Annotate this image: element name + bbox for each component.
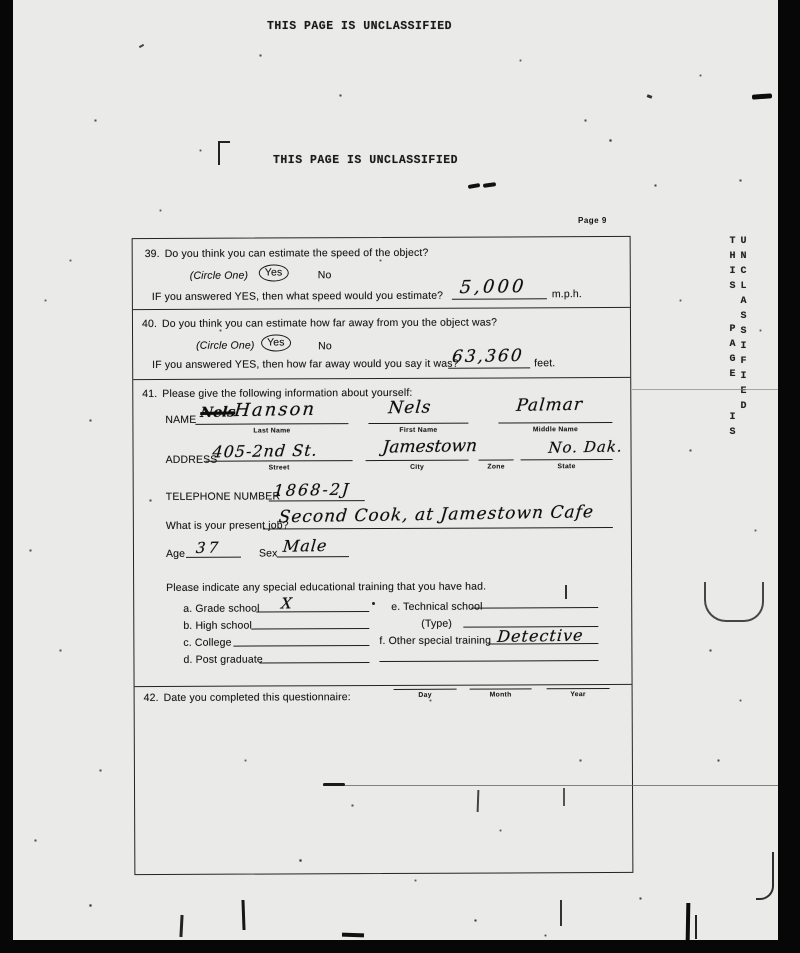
name-last-handwritten: Hanson xyxy=(233,399,317,421)
age-handwritten: 37 xyxy=(195,539,222,557)
edu-post-graduate-label: d. Post graduate xyxy=(183,654,263,666)
date-day-line xyxy=(394,689,457,690)
telephone-line xyxy=(269,500,365,501)
question-39-number: 39. xyxy=(145,248,160,260)
address-state-handwritten: No. Dak. xyxy=(548,437,624,456)
q40-answer-line xyxy=(448,367,530,368)
first-name-sublabel: First Name xyxy=(368,427,468,434)
job-line xyxy=(263,527,613,530)
scanned-questionnaire-page: THIS PAGE IS UNCLASSIFIED THIS PAGE IS U… xyxy=(0,0,800,953)
section-divider xyxy=(133,377,630,380)
edge-streak xyxy=(241,900,245,930)
name-last-line xyxy=(195,423,348,425)
edge-streak xyxy=(560,900,562,926)
ink-dash xyxy=(468,183,481,189)
address-street-handwritten: 405-2nd St. xyxy=(212,441,319,462)
classification-banner-top: THIS PAGE IS UNCLASSIFIED xyxy=(267,20,452,33)
scan-edge-left xyxy=(0,0,13,953)
questionnaire-form-box: 39. Do you think you can estimate the sp… xyxy=(132,236,634,875)
month-sublabel: Month xyxy=(470,691,532,698)
question-41-text: Please give the following information ab… xyxy=(162,387,412,400)
edu-post-graduate-line xyxy=(259,662,369,663)
section-divider xyxy=(133,307,630,310)
address-state-line xyxy=(521,459,613,460)
state-sublabel: State xyxy=(521,463,613,470)
section-divider xyxy=(135,684,632,687)
q40-yes-circled: Yes xyxy=(261,334,291,351)
ink-speck xyxy=(647,94,653,99)
question-41-number: 41. xyxy=(142,388,157,400)
telephone-label: TELEPHONE NUMBER xyxy=(166,490,280,502)
q40-no-option: No xyxy=(318,340,332,352)
question-39-text: Do you think you can estimate the speed … xyxy=(165,247,429,260)
question-42: 42. Date you completed this questionnair… xyxy=(133,237,630,239)
zone-sublabel: Zone xyxy=(479,463,514,470)
page-number-label: Page 9 xyxy=(578,216,607,225)
city-sublabel: City xyxy=(366,464,469,471)
question-39-followup: IF you answered YES, then what speed wou… xyxy=(152,290,443,303)
ink-tick xyxy=(565,585,567,599)
circle-one-label: (Circle One) xyxy=(190,270,248,282)
edge-streak xyxy=(342,933,364,938)
scan-edge-bottom xyxy=(0,940,800,953)
job-handwritten: Second Cook, at Jamestown Cafe xyxy=(278,502,595,527)
corner-bracket-mark xyxy=(218,141,230,165)
classification-banner-middle: THIS PAGE IS UNCLASSIFIED xyxy=(273,154,458,167)
education-prompt: Please indicate any special educational … xyxy=(166,581,486,594)
edu-grade-school-label: a. Grade school xyxy=(183,603,259,615)
sex-line xyxy=(277,556,349,557)
edu-technical-school-line xyxy=(471,607,598,609)
corner-curve-mark xyxy=(756,852,774,900)
edu-type-label: (Type) xyxy=(421,618,452,630)
name-label: NAME xyxy=(165,414,196,426)
last-name-sublabel: Last Name xyxy=(195,427,348,435)
question-41: 41. Please give the following informatio… xyxy=(133,237,630,239)
q40-handwritten-answer: 63,360 xyxy=(451,346,524,367)
question-42-number: 42. xyxy=(144,692,159,704)
ink-speck xyxy=(139,44,144,48)
age-label: Age xyxy=(166,548,185,560)
q39-yes-option: Yes xyxy=(259,264,289,281)
scan-edge-right xyxy=(778,0,800,953)
name-first-line xyxy=(368,423,468,424)
q40-yes-option: Yes xyxy=(261,334,291,351)
question-39: 39. Do you think you can estimate the sp… xyxy=(133,237,630,239)
staple-mark xyxy=(704,582,764,622)
edu-other-training-label: f. Other special training xyxy=(379,635,491,647)
question-40: 40. Do you think you can estimate how fa… xyxy=(133,237,630,239)
sex-handwritten: Male xyxy=(282,536,328,556)
ink-dash xyxy=(752,93,772,99)
address-city-line xyxy=(366,460,469,461)
name-middle-line xyxy=(498,422,612,423)
year-sublabel: Year xyxy=(547,691,610,698)
question-40-number: 40. xyxy=(142,318,157,330)
classification-banner-side: THIS PAGE IS UNCLASSIFIED xyxy=(727,236,745,586)
question-42-text: Date you completed this questionnaire: xyxy=(164,691,351,704)
edu-other-training-handwritten: Detective xyxy=(496,626,584,646)
edu-college-line xyxy=(233,645,369,647)
q40-unit-label: feet. xyxy=(534,357,555,369)
circle-one-label: (Circle One) xyxy=(196,340,254,352)
edu-college-label: c. College xyxy=(183,637,231,649)
date-month-line xyxy=(470,688,532,689)
scratch-blob xyxy=(323,783,345,786)
sex-label: Sex xyxy=(259,547,278,559)
ink-dash xyxy=(483,182,496,188)
q39-answer-line xyxy=(452,298,547,299)
q39-no-option: No xyxy=(318,269,332,281)
name-first-handwritten: Nels xyxy=(387,398,432,419)
day-sublabel: Day xyxy=(394,692,457,699)
ink-streak xyxy=(563,788,565,806)
q39-unit-label: m.p.h. xyxy=(552,288,582,300)
telephone-handwritten: 1868-2J xyxy=(273,480,351,500)
edu-high-school-label: b. High school xyxy=(183,620,252,632)
ink-dot xyxy=(372,602,375,605)
middle-name-sublabel: Middle Name xyxy=(498,426,612,433)
question-40-followup: IF you answered YES, then how far away w… xyxy=(152,358,459,371)
date-year-line xyxy=(547,688,610,689)
job-label: What is your present job? xyxy=(166,519,289,532)
street-sublabel: Street xyxy=(206,464,353,472)
margin-line xyxy=(632,389,778,390)
name-crossed-out-entry: Nels xyxy=(200,404,236,421)
edu-high-school-line xyxy=(251,628,369,630)
edu-technical-school-label: e. Technical school xyxy=(391,601,482,613)
edu-grade-school-mark: X xyxy=(280,594,292,612)
address-zone-line xyxy=(479,459,514,460)
edge-streak xyxy=(179,915,183,937)
scratch-line xyxy=(323,785,778,786)
q39-handwritten-answer: 5,000 xyxy=(459,276,527,298)
edu-extra-line xyxy=(379,660,598,662)
q39-yes-circled: Yes xyxy=(259,264,289,281)
edge-streak xyxy=(695,915,697,939)
edu-grade-school-line xyxy=(256,611,369,612)
name-middle-handwritten: Palmar xyxy=(515,395,583,416)
address-city-handwritten: Jamestown xyxy=(382,436,478,458)
edge-streak xyxy=(686,903,691,941)
question-40-text: Do you think you can estimate how far aw… xyxy=(162,316,497,329)
